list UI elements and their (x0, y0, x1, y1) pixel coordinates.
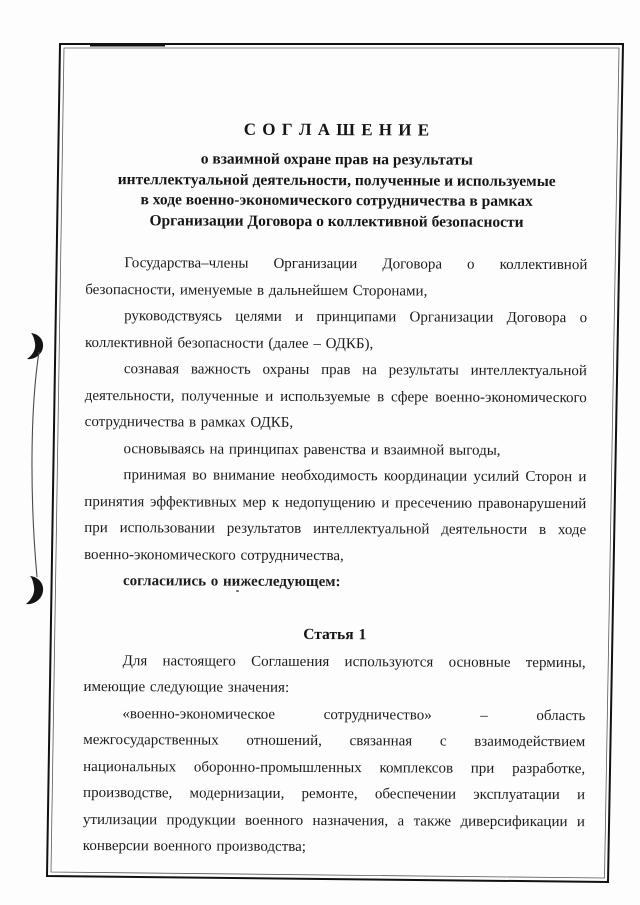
preamble-paragraph: принимая во внимание необходимость коорд… (84, 462, 586, 570)
document-title: С О Г Л А Ш Е Н И Е (86, 118, 588, 142)
preamble-paragraph: Государства–члены Организации Договора о… (85, 250, 587, 305)
preamble-paragraph: сознавая важность охраны прав на результ… (85, 356, 587, 438)
document-text-column: С О Г Л А Ш Е Н И Е о взаимной охране пр… (83, 118, 588, 862)
preamble-paragraph: основываясь на принципах равенства и вза… (84, 435, 586, 464)
article-1-heading: Статья 1 (84, 621, 586, 650)
preamble-paragraph: руководствуясь целями и принципами Орган… (85, 303, 587, 358)
article-paragraph: Для настоящего Соглашения используются о… (83, 647, 585, 702)
agreement-clause: согласились о нижеследующем: (84, 568, 586, 597)
scanned-document-page: С О Г Л А Ш Е Н И Е о взаимной охране пр… (0, 0, 640, 905)
article-paragraph: «военно-экономическое сотрудничество» – … (83, 700, 586, 861)
document-subtitle-line: интеллектуальной деятельности, полученны… (86, 169, 588, 192)
bracket-crescent-bottom (26, 576, 43, 604)
document-subtitle: о взаимной охране прав на результаты инт… (86, 149, 588, 233)
bracket-line (32, 352, 39, 577)
document-subtitle-line: о взаимной охране прав на результаты (86, 149, 588, 172)
binding-bracket (26, 333, 43, 604)
bracket-crescent-top (27, 333, 43, 359)
document-subtitle-line: в ходе военно-экономического сотрудничес… (86, 190, 588, 213)
document-subtitle-line: Организации Договора о коллективной безо… (86, 210, 588, 233)
